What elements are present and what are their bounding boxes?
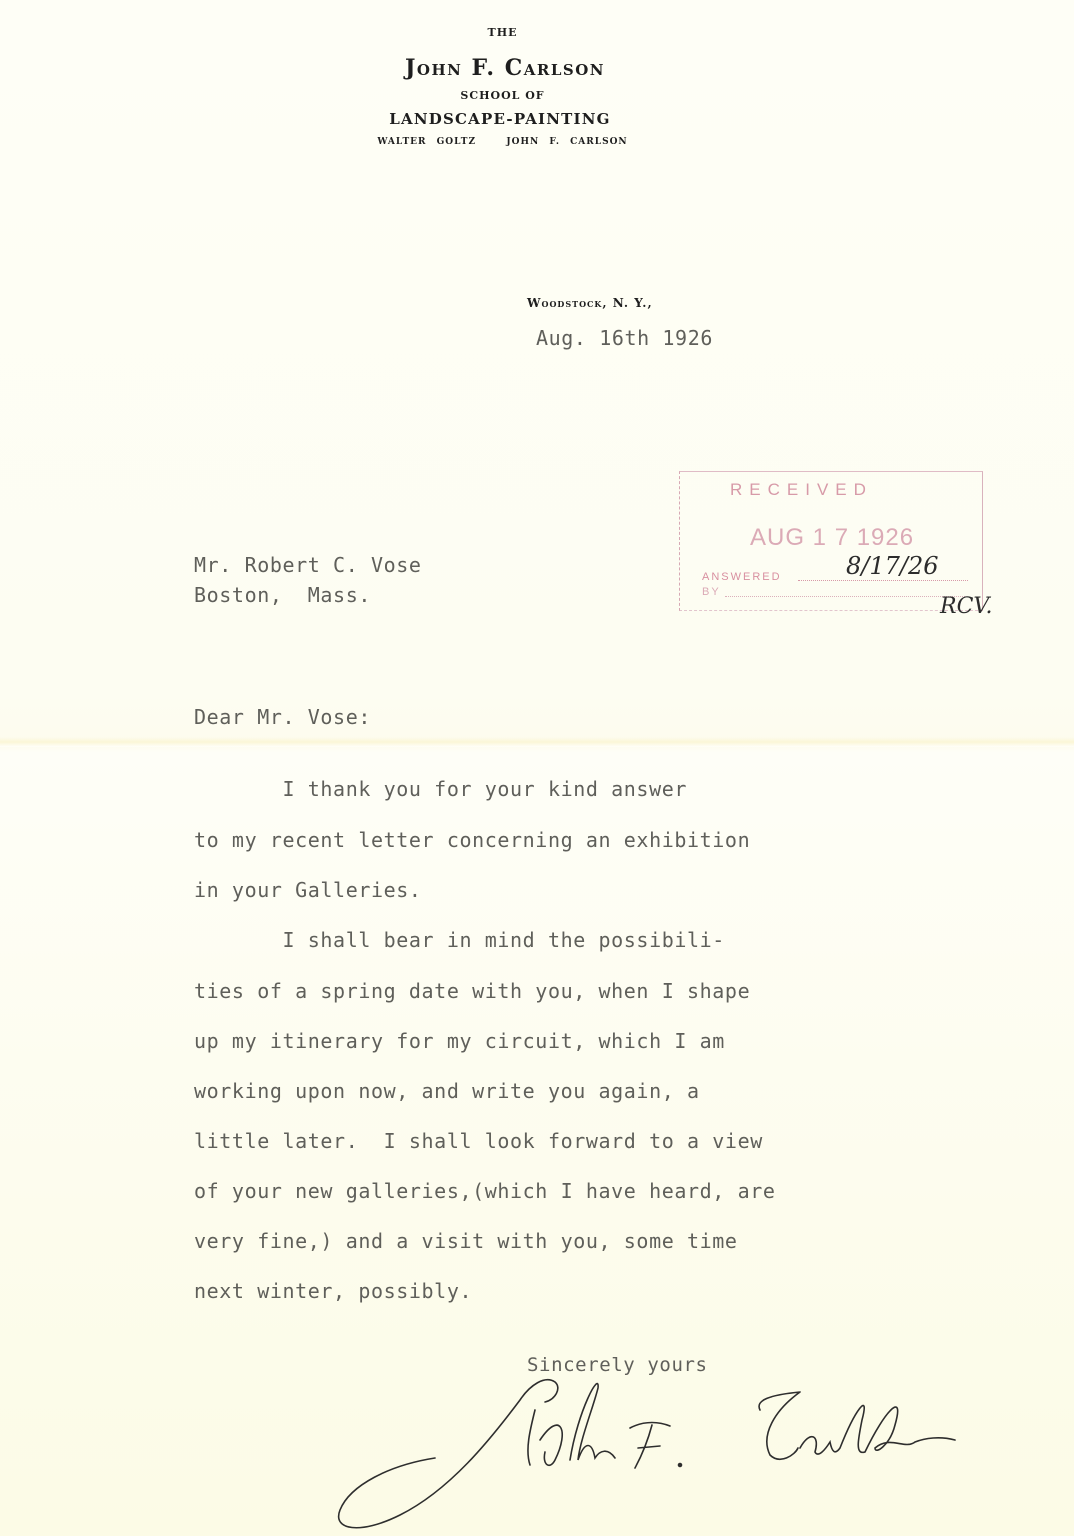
salutation: Dear Mr. Vose: [194,705,371,729]
letterhead-instructors: WALTER GOLTZ JOHN F. CARLSON [0,137,1005,147]
stamp-date: AUG 1 7 1926 [750,524,914,552]
signature-icon [330,1370,1030,1535]
letter-page [0,0,1074,1536]
body-line: little later. I shall look forward to a … [194,1129,763,1153]
body-line: up my itinerary for my circuit, which I … [194,1029,725,1053]
stamp-by-label: BY [702,586,721,598]
body-line: I shall bear in mind the possibili- [194,928,725,952]
letterhead-school-of: SCHOOL OF [0,89,1005,102]
stamp-answered-label: ANSWERED [702,571,782,583]
body-line: I thank you for your kind answer [194,777,687,801]
body-line: working upon now, and write you again, a [194,1079,700,1103]
letterhead-the: THE [0,26,1005,39]
handwritten-initials: RCV. [940,594,992,619]
body-line: in your Galleries. [194,878,422,902]
body-line: ties of a spring date with you, when I s… [194,979,750,1003]
stamp-received-label: RECEIVED [730,480,873,500]
body-line: to my recent letter concerning an exhibi… [194,828,750,852]
letterhead-name: John F. Carlson [0,55,1010,81]
handwritten-answered-date: 8/17/26 [846,552,939,580]
recipient-city: Boston, Mass. [194,583,371,607]
received-stamp: RECEIVED AUG 1 7 1926 ANSWERED BY [679,471,983,611]
letter-date: Aug. 16th 1926 [536,326,713,350]
letter-place: Woodstock, N. Y., [527,296,653,310]
letterhead-landscape-painting: LANDSCAPE-PAINTING [0,110,1000,128]
body-line: next winter, possibly. [194,1279,472,1303]
fold-line [0,737,1074,747]
stamp-answered-dotted-line [798,580,968,581]
recipient-name: Mr. Robert C. Vose [194,553,422,577]
body-line: of your new galleries,(which I have hear… [194,1179,776,1203]
stamp-by-dotted-line [725,596,965,597]
body-line: very fine,) and a visit with you, some t… [194,1229,738,1253]
